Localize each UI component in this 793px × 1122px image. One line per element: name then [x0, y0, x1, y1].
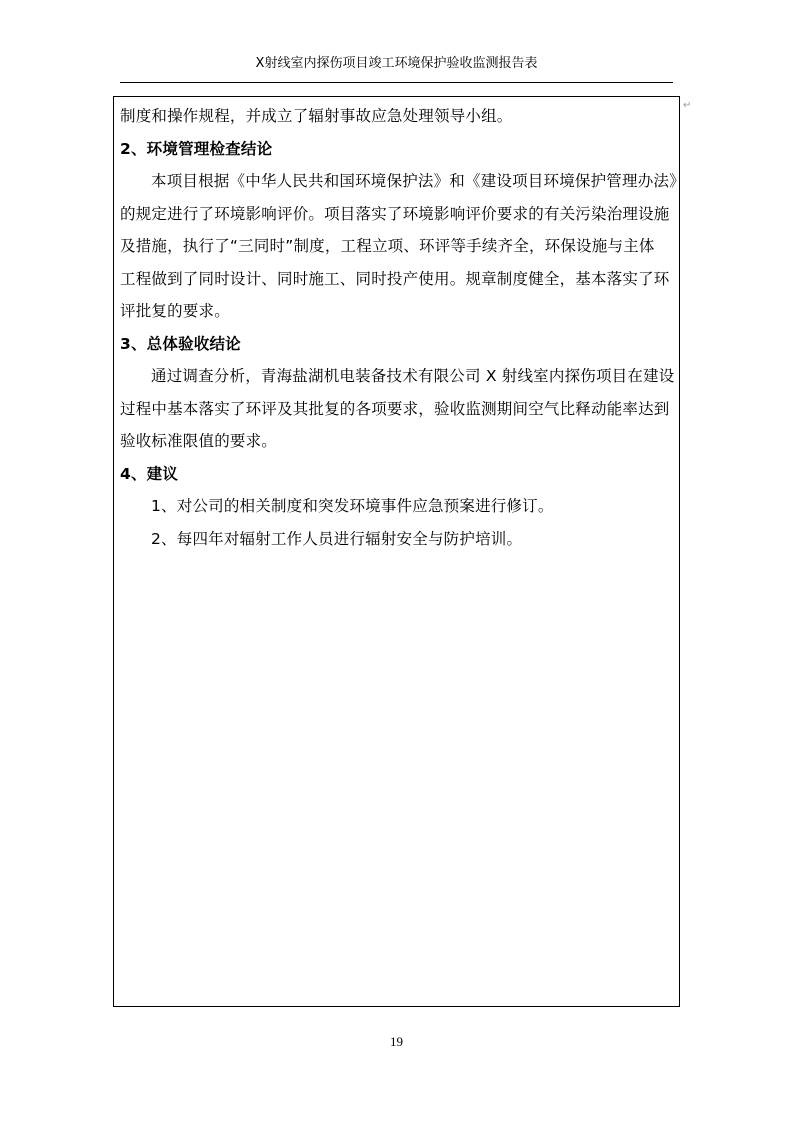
paragraph-line: 验收标准限值的要求。 [120, 425, 676, 458]
paragraph-line: 的规定进行了环境影响评价。项目落实了环境影响评价要求的有关污染治理设施 [120, 198, 676, 231]
section-heading-3: 3、总体验收结论 [120, 328, 676, 361]
paragraph-line: 通过调查分析，青海盐湖机电装备技术有限公司 X 射线室内探伤项目在建设 [120, 360, 676, 393]
paragraph-line: 及措施，执行了“三同时”制度，工程立项、环评等手续齐全，环保设施与主体 [120, 230, 676, 263]
suggestion-item: 1、对公司的相关制度和突发环境事件应急预案进行修订。 [120, 490, 676, 523]
section-heading-2: 2、环境管理检查结论 [120, 133, 676, 166]
paragraph-line: 本项目根据《中华人民共和国环境保护法》和《建设项目环境保护管理办法》 [120, 165, 676, 198]
suggestion-item: 2、每四年对辐射工作人员进行辐射安全与防护培训。 [120, 523, 676, 556]
header-rule [120, 82, 673, 83]
paragraph-mark-icon: ↵ [683, 100, 691, 111]
page-number: 19 [0, 1034, 793, 1050]
continuation-text: 制度和操作规程，并成立了辐射事故应急处理领导小组。 [120, 100, 676, 133]
cell-content: 制度和操作规程，并成立了辐射事故应急处理领导小组。 2、环境管理检查结论 本项目… [120, 100, 676, 555]
running-header: X射线室内探伤项目竣工环境保护验收监测报告表 [120, 52, 673, 71]
paragraph-line: 过程中基本落实了环评及其批复的各项要求，验收监测期间空气比释动能率达到 [120, 393, 676, 426]
section-heading-4: 4、建议 [120, 458, 676, 491]
paragraph-line: 工程做到了同时设计、同时施工、同时投产使用。规章制度健全，基本落实了环 [120, 263, 676, 296]
paragraph-line: 评批复的要求。 [120, 295, 676, 328]
